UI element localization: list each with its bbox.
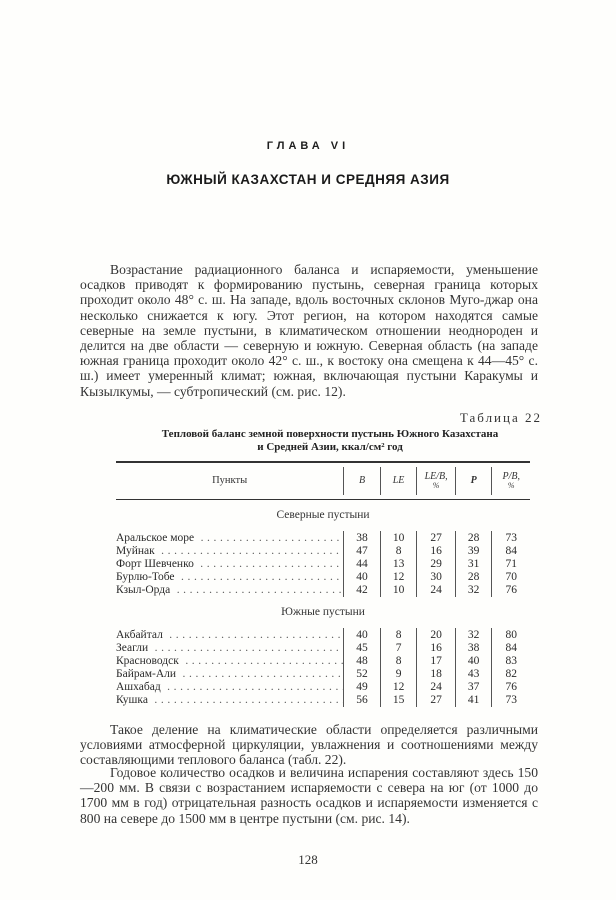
cell-p: 32 (456, 584, 492, 596)
page-number: 128 (0, 852, 616, 868)
cell-b: 52 (344, 668, 380, 680)
cell-p: 31 (456, 558, 492, 570)
leader-dots: ........................................ (170, 584, 343, 596)
cell-p: 32 (456, 629, 492, 641)
station-name: Муйнак .................................… (116, 545, 343, 557)
cell-le-b: 16 (417, 545, 455, 557)
cell-p: 39 (456, 545, 492, 557)
cell-le: 8 (381, 629, 417, 641)
cell-le-b: 24 (417, 584, 455, 596)
cell-le-b: 29 (417, 558, 455, 570)
cell-le: 13 (381, 558, 417, 570)
leader-dots: ........................................ (163, 629, 343, 641)
table-row: Муйнак .................................… (116, 544, 530, 557)
cell-b: 49 (344, 681, 380, 693)
header-le-b: LE/B, % (417, 471, 455, 490)
table-group-title: Южные пустыни (116, 606, 530, 618)
cell-le: 12 (381, 571, 417, 583)
station-name-text: Красноводск (116, 655, 179, 667)
cell-le-b: 17 (417, 655, 455, 667)
leader-dots: ........................................ (194, 532, 343, 544)
table-groups: Северные пустыниАральское море .........… (116, 509, 530, 707)
leader-dots: ........................................ (179, 655, 343, 667)
cell-le-b: 30 (417, 571, 455, 583)
station-name-text: Байрам-Али (116, 668, 176, 680)
table-row: Красноводск ............................… (116, 654, 530, 667)
station-name: Байрам-Али .............................… (116, 668, 343, 680)
cell-le: 9 (381, 668, 417, 680)
station-name: Ашхабад ................................… (116, 681, 343, 693)
table-group-title: Северные пустыни (116, 509, 530, 521)
table-header-row: Пункты B LE LE/B, % P P/B, % (116, 463, 530, 499)
cell-le-b: 16 (417, 642, 455, 654)
cell-p-b: 76 (492, 681, 530, 693)
table-row: Зеагли .................................… (116, 641, 530, 654)
heat-balance-table: Пункты B LE LE/B, % P P/B, % Северные пу… (116, 461, 530, 707)
table-row: Бурлю-Тобе .............................… (116, 571, 530, 584)
cell-b: 44 (344, 558, 380, 570)
station-name-text: Акбайтал (116, 629, 163, 641)
station-name-text: Ашхабад (116, 681, 161, 693)
cell-p: 43 (456, 668, 492, 680)
cell-p: 38 (456, 642, 492, 654)
header-p-b-unit: % (492, 482, 530, 490)
cell-le: 8 (381, 655, 417, 667)
station-name: Красноводск ............................… (116, 655, 343, 667)
header-p-b: P/B, % (492, 471, 530, 490)
cell-b: 40 (344, 571, 380, 583)
station-name: Акбайтал ...............................… (116, 629, 343, 641)
cell-le-b: 27 (417, 532, 455, 544)
leader-dots: ........................................ (148, 642, 343, 654)
header-name: Пункты (116, 475, 343, 486)
station-name: Зеагли .................................… (116, 642, 343, 654)
table-row: Акбайтал ...............................… (116, 628, 530, 641)
chapter-title: ЮЖНЫЙ КАЗАХСТАН И СРЕДНЯЯ АЗИЯ (0, 172, 616, 187)
leader-dots: ........................................ (161, 681, 344, 693)
station-name-text: Бурлю-Тобе (116, 571, 175, 583)
cell-le: 7 (381, 642, 417, 654)
header-le-b-unit: % (417, 482, 455, 490)
cell-p-b: 82 (492, 668, 530, 680)
cell-p-b: 70 (492, 571, 530, 583)
table-row: Аральское море .........................… (116, 531, 530, 544)
cell-p-b: 73 (492, 694, 530, 706)
cell-le: 8 (381, 545, 417, 557)
station-name-text: Муйнак (116, 545, 155, 557)
cell-p: 40 (456, 655, 492, 667)
cell-le: 10 (381, 584, 417, 596)
leader-dots: ........................................ (155, 545, 344, 557)
cell-le: 12 (381, 681, 417, 693)
station-name: Форт Шевченко ..........................… (116, 558, 343, 570)
paragraph-intro: Возрастание радиационного баланса и испа… (80, 262, 538, 399)
station-name-text: Аральское море (116, 532, 194, 544)
table-header-rule (116, 499, 530, 501)
cell-b: 47 (344, 545, 380, 557)
header-le: LE (381, 475, 417, 486)
cell-le-b: 24 (417, 681, 455, 693)
cell-p-b: 73 (492, 532, 530, 544)
cell-le-b: 18 (417, 668, 455, 680)
cell-p-b: 84 (492, 642, 530, 654)
cell-p: 37 (456, 681, 492, 693)
station-name-text: Кзыл-Орда (116, 584, 170, 596)
leader-dots: ........................................ (176, 668, 343, 680)
paragraph-precipitation: Годовое количество осадков и величина ис… (80, 765, 538, 826)
station-name-text: Кушка (116, 694, 148, 706)
cell-b: 56 (344, 694, 380, 706)
cell-le-b: 27 (417, 694, 455, 706)
table-row: Байрам-Али .............................… (116, 668, 530, 681)
station-name: Аральское море .........................… (116, 532, 343, 544)
leader-dots: ........................................ (148, 694, 343, 706)
table-caption: Тепловой баланс земной поверхности пусты… (100, 428, 560, 454)
paragraph-division: Такое деление на климатические области о… (80, 722, 538, 768)
cell-p-b: 80 (492, 629, 530, 641)
station-name: Кушка ..................................… (116, 694, 343, 706)
cell-le: 15 (381, 694, 417, 706)
table-row: Форт Шевченко ..........................… (116, 557, 530, 570)
cell-le: 10 (381, 532, 417, 544)
cell-b: 45 (344, 642, 380, 654)
header-p: P (456, 475, 492, 486)
table-label: Таблица 22 (460, 410, 542, 426)
cell-p-b: 83 (492, 655, 530, 667)
table-caption-line-1: Тепловой баланс земной поверхности пусты… (100, 428, 560, 441)
header-b: B (344, 475, 380, 486)
table-group-body: Аральское море .........................… (116, 531, 530, 597)
cell-b: 42 (344, 584, 380, 596)
cell-p-b: 84 (492, 545, 530, 557)
table-row: Ашхабад ................................… (116, 681, 530, 694)
leader-dots: ........................................ (194, 558, 343, 570)
cell-b: 40 (344, 629, 380, 641)
chapter-label: ГЛАВА VI (0, 140, 616, 152)
table-group-body: Акбайтал ...............................… (116, 628, 530, 707)
cell-p: 41 (456, 694, 492, 706)
table-row: Кушка ..................................… (116, 694, 530, 707)
station-name: Кзыл-Орда ..............................… (116, 584, 343, 596)
cell-le-b: 20 (417, 629, 455, 641)
table-row: Кзыл-Орда ..............................… (116, 584, 530, 597)
cell-p: 28 (456, 571, 492, 583)
cell-b: 48 (344, 655, 380, 667)
cell-p: 28 (456, 532, 492, 544)
station-name: Бурлю-Тобе .............................… (116, 571, 343, 583)
cell-b: 38 (344, 532, 380, 544)
station-name-text: Форт Шевченко (116, 558, 194, 570)
cell-p-b: 76 (492, 584, 530, 596)
table-caption-line-2: и Средней Азии, ккал/см² год (100, 441, 560, 454)
leader-dots: ........................................ (175, 571, 344, 583)
station-name-text: Зеагли (116, 642, 148, 654)
cell-p-b: 71 (492, 558, 530, 570)
